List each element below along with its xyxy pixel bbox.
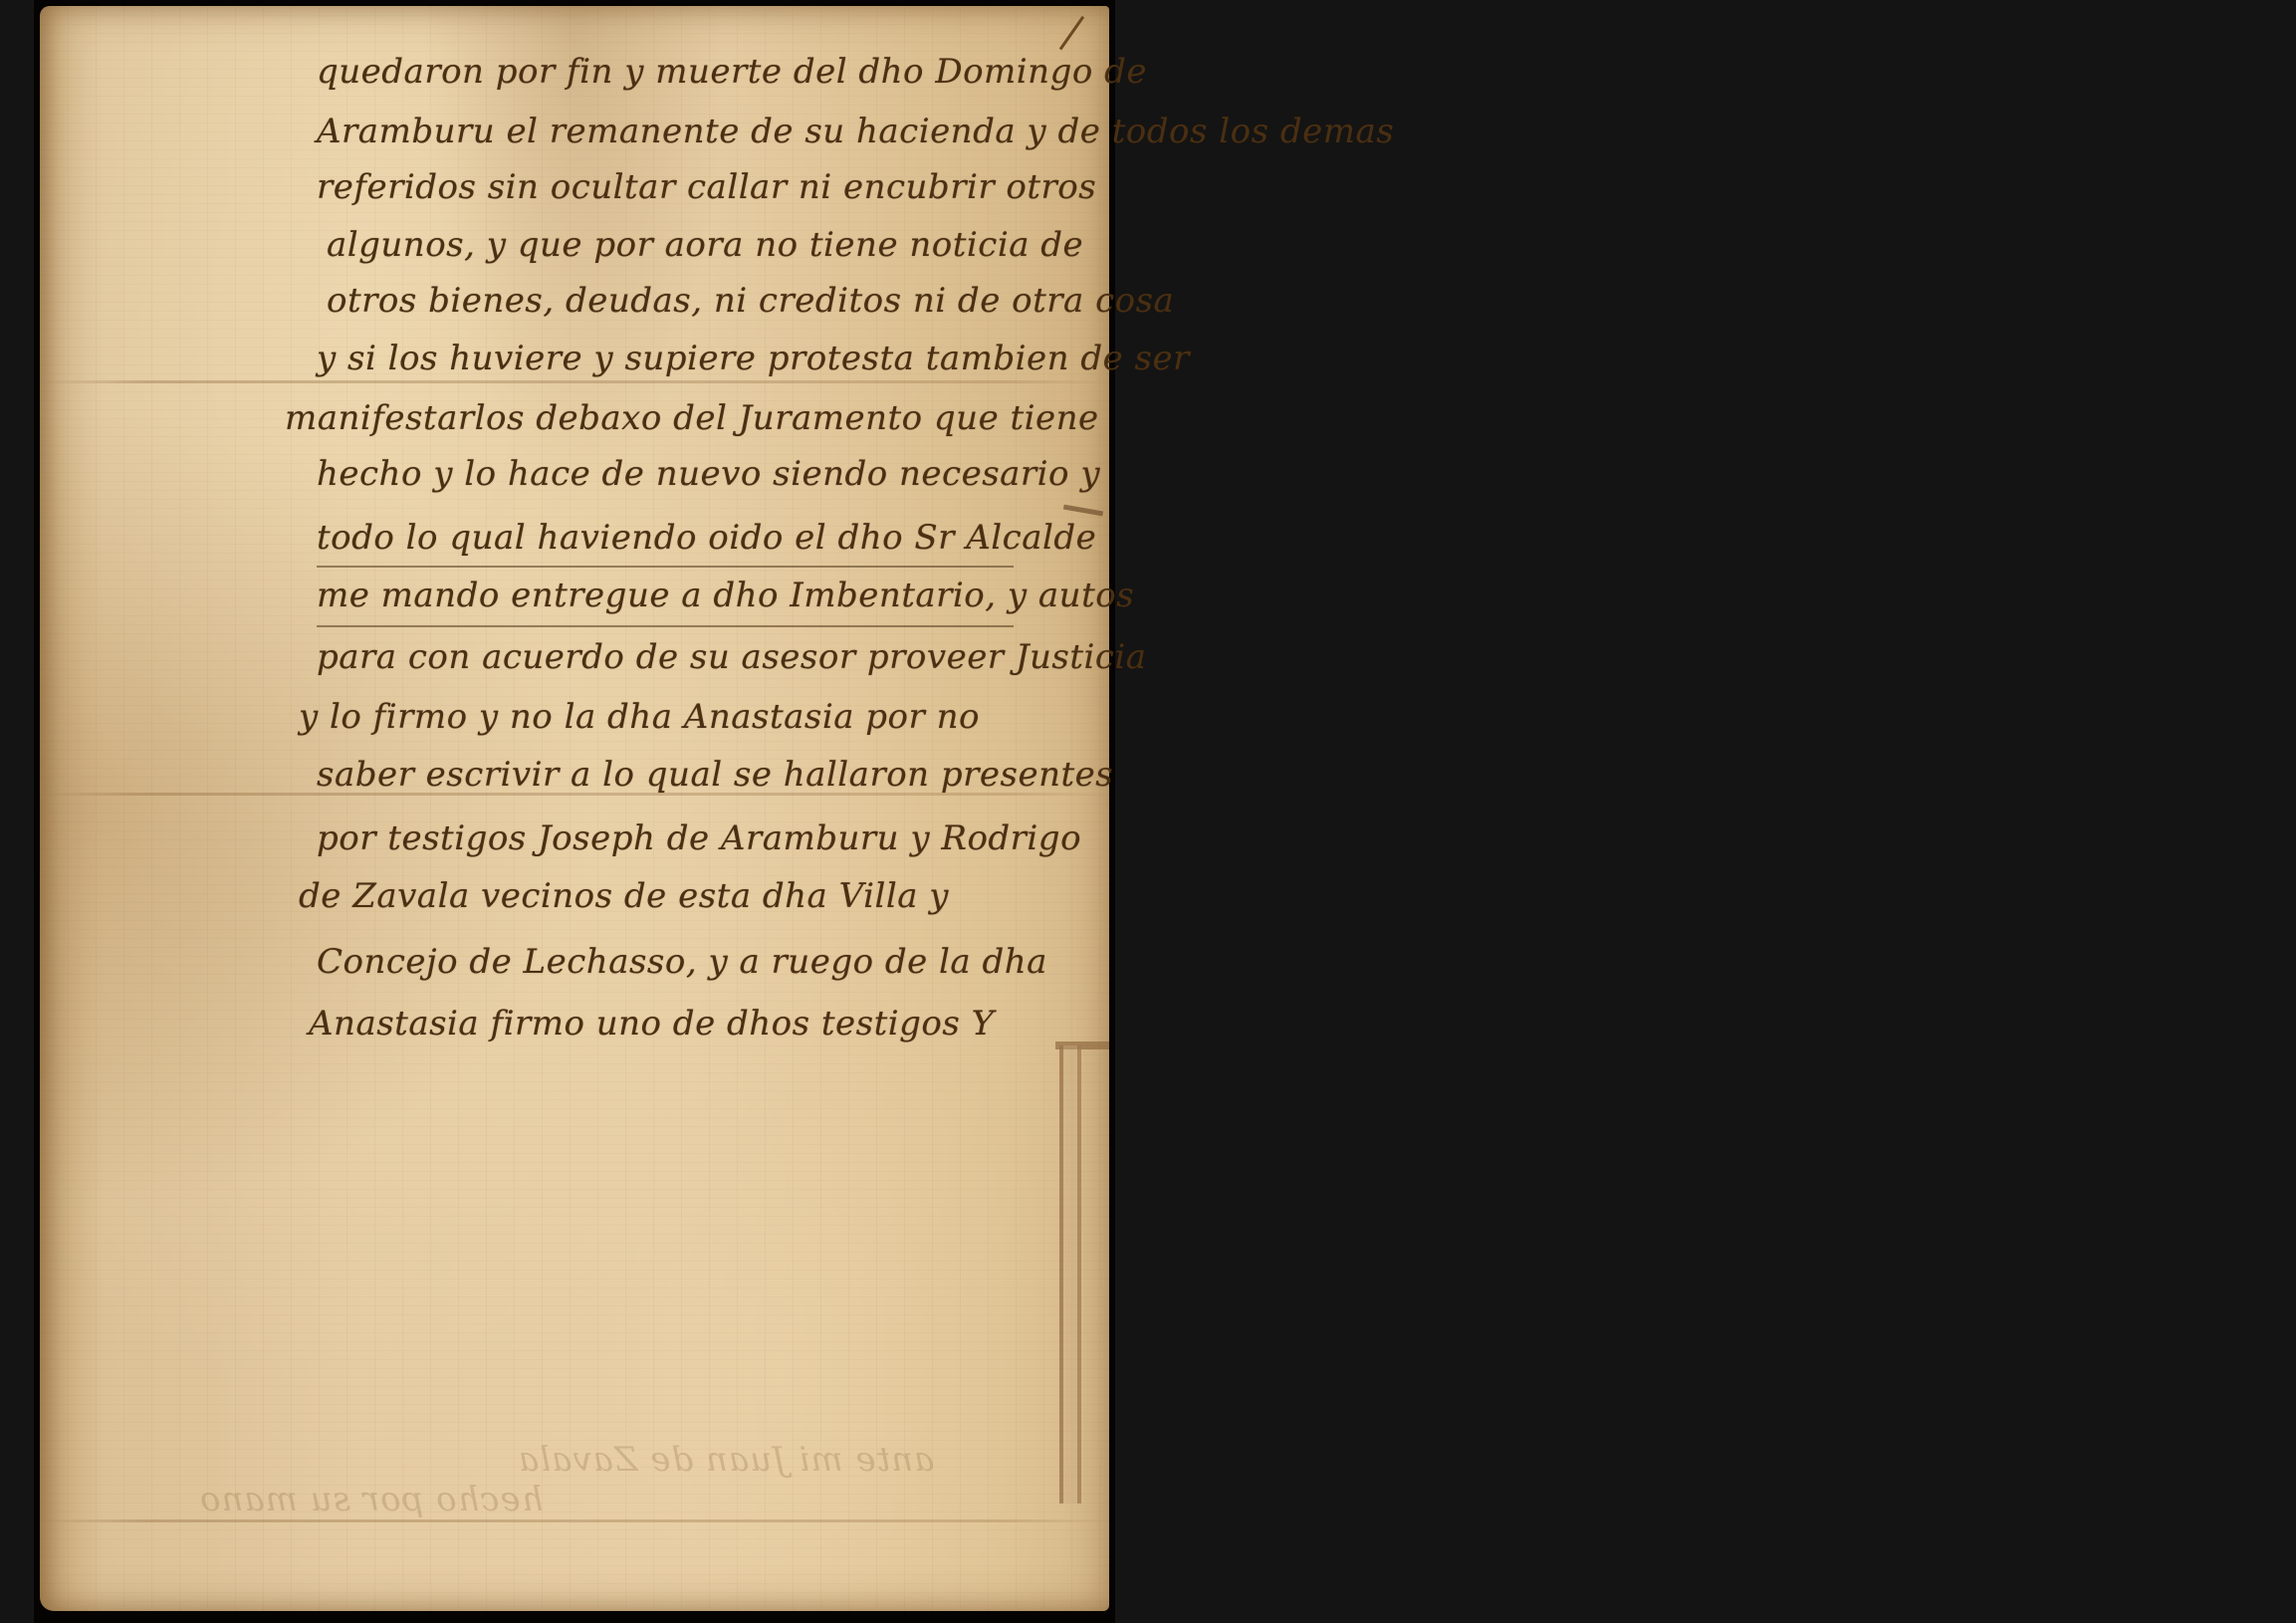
text-line: otros bienes, deudas, ni creditos ni de …: [327, 281, 1174, 321]
text-line: referidos sin ocultar callar ni encubrir…: [317, 167, 1096, 207]
text-line: y lo firmo y no la dha Anastasia por no: [299, 697, 980, 737]
text-line: hecho y lo hace de nuevo siendo necesari…: [317, 454, 1100, 494]
ruled-line: [317, 566, 1014, 568]
text-line: de Zavala vecinos de esta dha Villa y: [299, 876, 949, 916]
text-line: para con acuerdo de su asesor proveer Ju…: [317, 637, 1147, 677]
text-line: me mando entregue a dho Imbentario, y au…: [317, 576, 1134, 615]
ruled-line: [317, 625, 1014, 627]
fold-line: [40, 380, 1109, 383]
binding-strip: [1059, 1045, 1081, 1504]
text-line: todo lo qual haviendo oido el dho Sr Alc…: [317, 518, 1096, 558]
text-line: manifestarlos debaxo del Juramento que t…: [285, 398, 1099, 438]
text-line: Anastasia firmo uno de dhos testigos Y: [309, 1004, 995, 1043]
text-line: saber escrivir a lo qual se hallaron pre…: [317, 755, 1113, 795]
bleed-through-text: hecho por su mano: [199, 1480, 544, 1519]
fold-line: [40, 1519, 1109, 1522]
text-line: por testigos Joseph de Aramburu y Rodrig…: [317, 818, 1081, 858]
text-line: algunos, y que por aora no tiene noticia…: [327, 225, 1083, 265]
text-line: Aramburu el remanente de su hacienda y d…: [317, 112, 1394, 151]
document-viewer: ante mi Juan de Zavala hecho por su mano…: [0, 0, 2296, 1623]
text-line: y si los huviere y supiere protesta tamb…: [317, 339, 1190, 378]
bleed-through-text: ante mi Juan de Zavala: [518, 1440, 934, 1480]
text-line: quedaron por fin y muerte del dho Doming…: [317, 52, 1147, 92]
text-line: Concejo de Lechasso, y a ruego de la dha: [317, 942, 1047, 982]
